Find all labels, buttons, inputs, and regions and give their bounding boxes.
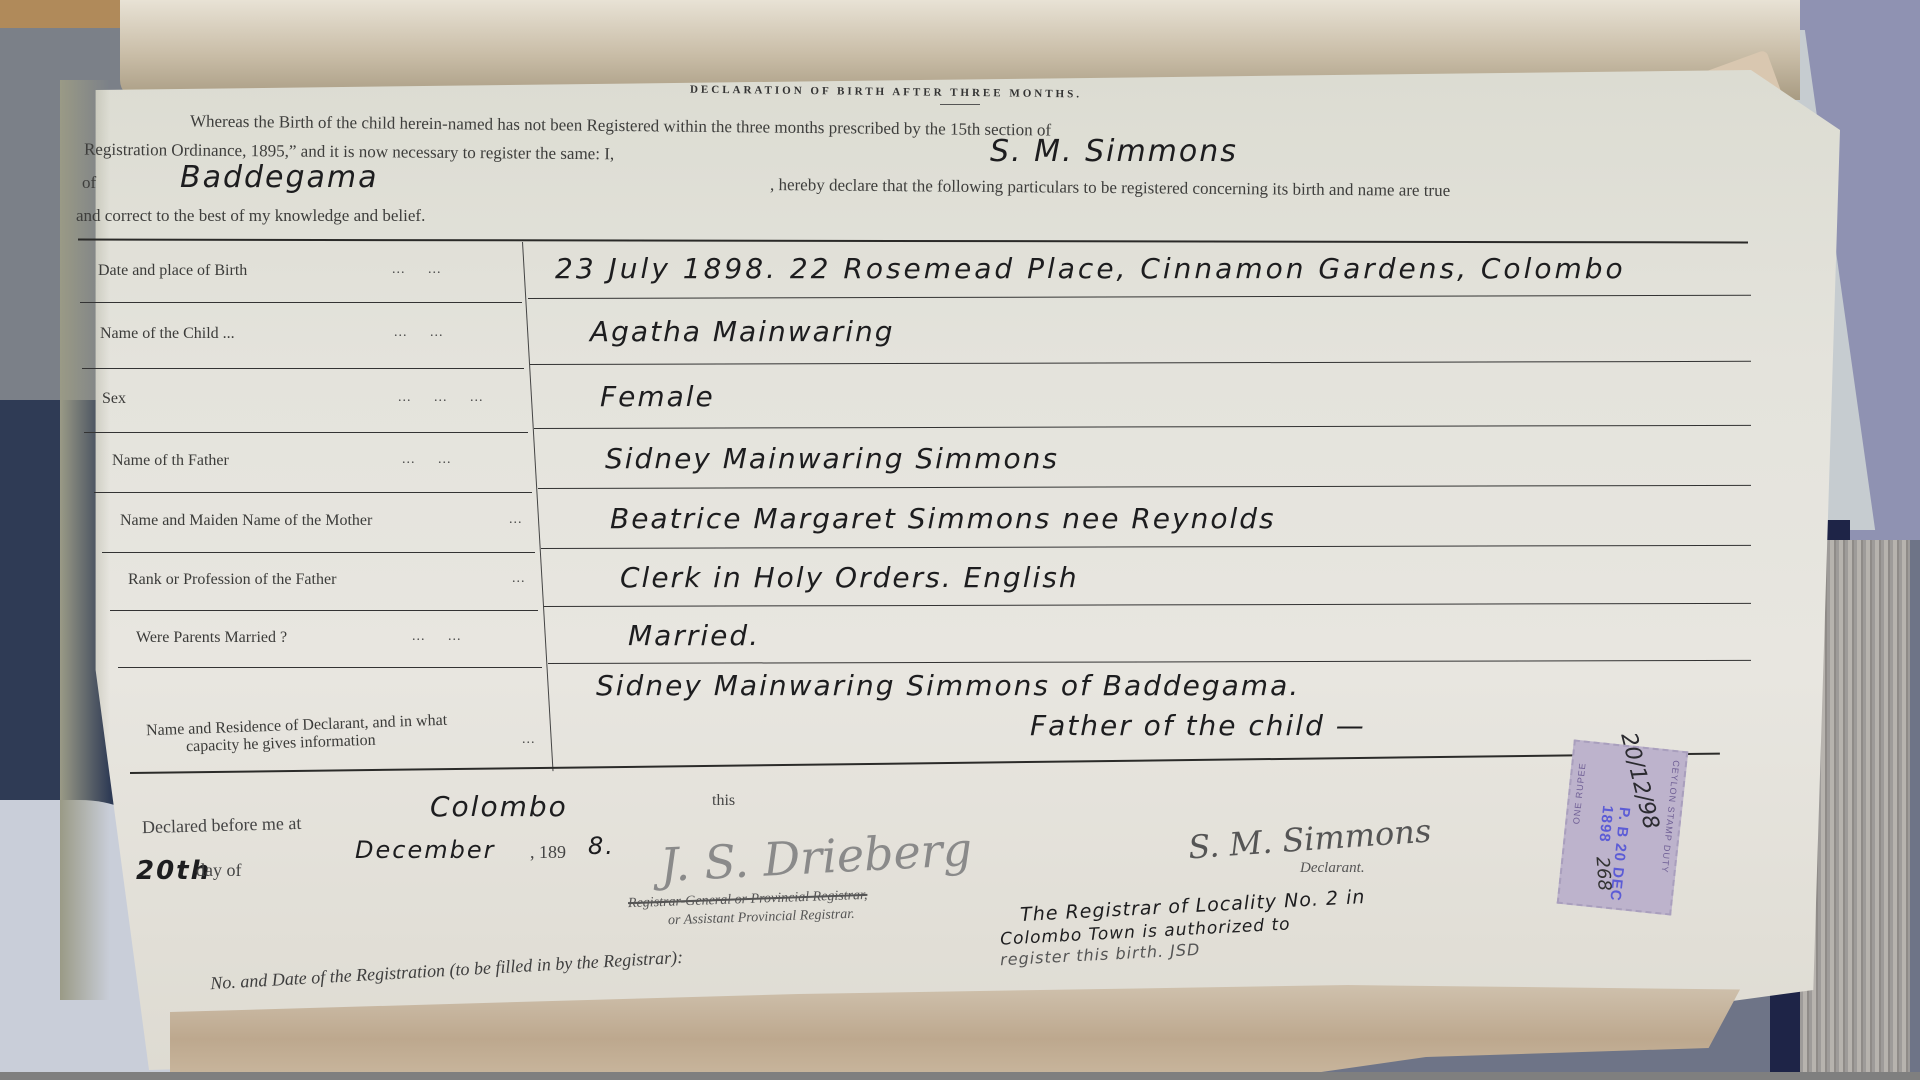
declared-before-label: Declared before me at bbox=[142, 813, 302, 838]
declaration-month-handwritten: December bbox=[355, 836, 495, 864]
declaration-place-handwritten: Colombo bbox=[430, 790, 568, 823]
particular-value-handwritten: Sidney Mainwaring Simmons of Baddegama. bbox=[596, 669, 1300, 702]
row-rule bbox=[94, 492, 532, 493]
particular-value-handwritten: Female bbox=[600, 380, 715, 413]
title-ornament bbox=[940, 104, 980, 105]
screen-bottom-strip bbox=[0, 1072, 1920, 1080]
year-printed: , 189 bbox=[530, 842, 566, 863]
stamp-value-text: ONE RUPEE bbox=[1571, 762, 1587, 825]
particular-label: Sex bbox=[102, 390, 126, 408]
leader-dots: ... ... bbox=[402, 452, 452, 468]
postmark-line-1: P. B bbox=[1613, 806, 1633, 839]
declarant-caption: Declarant. bbox=[1300, 860, 1365, 877]
particular-label: Name of th Father bbox=[112, 452, 229, 470]
row-rule bbox=[110, 610, 538, 611]
particular-label: Name of the Child ... bbox=[100, 325, 235, 343]
leader-dots: ... bbox=[512, 571, 526, 587]
stamp-number: 268 bbox=[1592, 856, 1615, 892]
row-rule bbox=[82, 368, 524, 369]
particular-value-handwritten-continued: Father of the child — bbox=[1030, 709, 1366, 742]
row-rule bbox=[102, 552, 535, 553]
declarant-place-handwritten: Baddegama bbox=[180, 160, 379, 195]
leader-dots: ... ... ... bbox=[398, 390, 484, 406]
row-rule bbox=[84, 432, 528, 433]
leader-dots: ... ... bbox=[412, 629, 462, 645]
particular-value-handwritten: Agatha Mainwaring bbox=[590, 315, 895, 348]
particular-label: Date and place of Birth bbox=[98, 262, 247, 280]
particular-label: Name and Maiden Name of the Mother bbox=[120, 512, 372, 530]
declarant-name-handwritten: S. M. Simmons bbox=[990, 134, 1238, 169]
year-handwritten: 8. bbox=[588, 832, 615, 860]
row-rule bbox=[118, 667, 542, 668]
particular-value-handwritten: Sidney Mainwaring Simmons bbox=[605, 442, 1059, 475]
preamble-line-4: and correct to the best of my knowledge … bbox=[76, 206, 425, 226]
leader-dots: ... ... bbox=[394, 325, 444, 341]
leader-dots: ... ... bbox=[392, 262, 442, 278]
row-rule bbox=[80, 302, 522, 303]
preamble-of: of bbox=[82, 173, 96, 193]
day-of-label: day of bbox=[196, 860, 241, 881]
particular-value-handwritten: Beatrice Margaret Simmons nee Reynolds bbox=[610, 502, 1276, 535]
this-label: this bbox=[712, 792, 735, 810]
particular-value-handwritten: 23 July 1898. 22 Rosemead Place, Cinnamo… bbox=[555, 252, 1626, 285]
leader-dots: ... bbox=[522, 732, 536, 748]
particular-value-handwritten: Married. bbox=[628, 619, 760, 652]
revenue-stamp: CEYLON STAMP DUTY ONE RUPEE 20/12/98 P. … bbox=[1557, 739, 1689, 915]
particular-label: Rank or Profession of the Father bbox=[128, 571, 336, 589]
particular-value-handwritten: Clerk in Holy Orders. English bbox=[620, 561, 1079, 594]
leader-dots: ... bbox=[509, 512, 523, 528]
particular-label: Were Parents Married ? bbox=[136, 629, 287, 647]
